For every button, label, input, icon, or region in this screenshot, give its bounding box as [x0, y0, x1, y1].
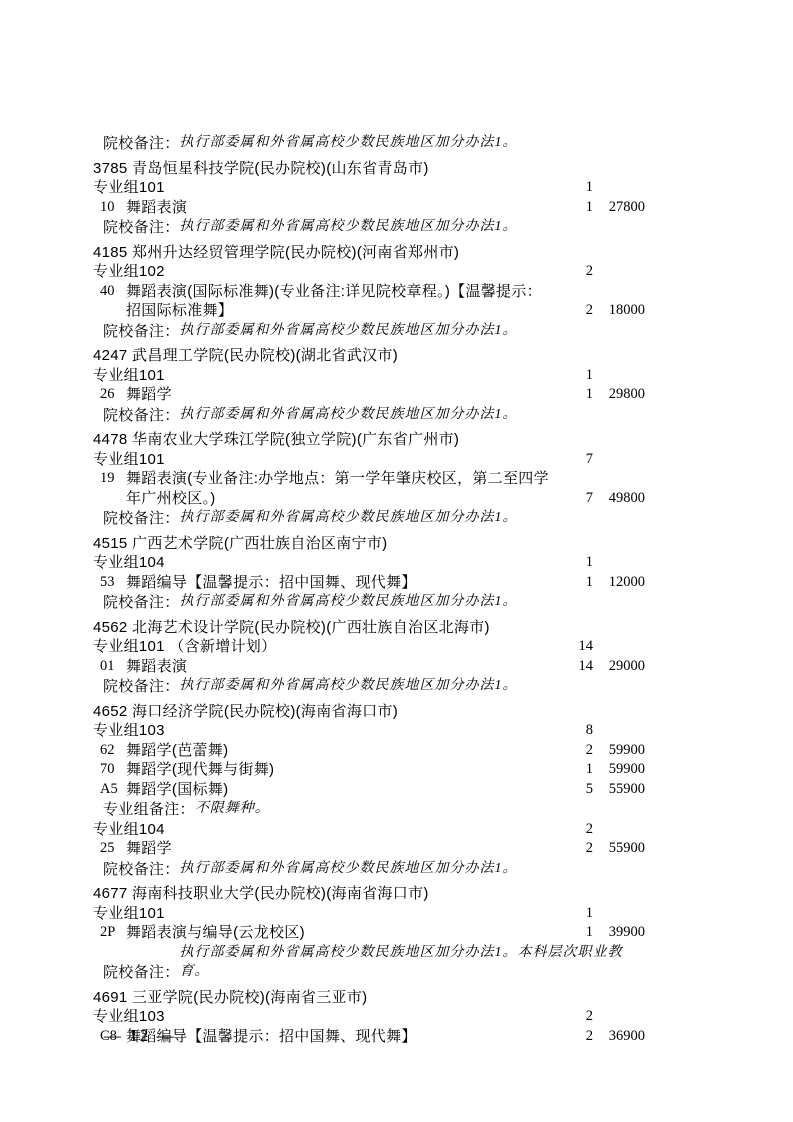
major-group-name: 专业组102: [93, 262, 553, 282]
note-row: 院校备注： 执行部委属和外省属高校少数民族地区加分办法1。: [93, 133, 645, 154]
college-header-text: 4652 海口经济学院(民办院校)(海南省海口市): [93, 702, 645, 722]
major-name: 舞蹈学: [126, 839, 553, 859]
major-plan-count: 1: [553, 760, 593, 780]
college-header-text: 4515 广西艺术学院(广西壮族自治区南宁市): [93, 534, 645, 554]
note-text: 执行部委属和外省属高校少数民族地区加分办法1。: [180, 508, 645, 529]
note-label: 院校备注：: [103, 509, 180, 529]
group-plan-count: 1: [553, 366, 593, 386]
major-code: 01: [100, 657, 126, 677]
major-tuition-fee: 55900: [593, 780, 645, 800]
major-tuition-fee: 49800: [593, 489, 645, 509]
major-group-row: 专业组101 1: [93, 366, 645, 386]
major-group-name: 专业组104: [93, 820, 553, 840]
note-text: 执行部委属和外省属高校少数民族地区加分办法1。本科层次职业教育。: [180, 943, 645, 983]
major-name: 舞蹈表演与编导(云龙校区): [126, 923, 553, 943]
major-name: 舞蹈表演(专业备注:办学地点：第一学年肇庆校区，第二至四学年广州校区。): [126, 469, 553, 508]
note-row: 院校备注： 执行部委属和外省属高校少数民族地区加分办法1。: [93, 592, 645, 613]
major-tuition-fee: 18000: [593, 301, 645, 321]
note-row: 院校备注： 执行部委属和外省属高校少数民族地区加分办法1。: [93, 217, 645, 238]
major-tuition-fee: 36900: [593, 1027, 645, 1047]
major-group-name: 专业组104: [93, 553, 553, 573]
major-group-row: 专业组101 1: [93, 904, 645, 924]
major-plan-count: 1: [553, 573, 593, 593]
note-label: 专业组备注：: [103, 800, 195, 820]
college-header-text: 4691 三亚学院(民办院校)(海南省三亚市): [93, 988, 645, 1008]
note-row: 院校备注： 执行部委属和外省属高校少数民族地区加分办法1。: [93, 859, 645, 880]
major-code: 40: [100, 282, 126, 302]
group-plan-count: 7: [553, 450, 593, 470]
major-code: 10: [100, 198, 126, 218]
note-label: 院校备注：: [103, 134, 180, 154]
major-tuition-fee: 39900: [593, 923, 645, 943]
group-plan-count: 1: [553, 178, 593, 198]
note-text: 不限舞种。: [195, 799, 645, 820]
note-text: 执行部委属和外省属高校少数民族地区加分办法1。: [180, 133, 645, 154]
major-row: 70 舞蹈学(现代舞与街舞) 1 59900: [93, 760, 645, 780]
major-name: 舞蹈编导【温馨提示：招中国舞、现代舞】: [126, 1027, 553, 1047]
note-row: 院校备注： 执行部委属和外省属高校少数民族地区加分办法1。: [93, 676, 645, 697]
major-group-row: 专业组101 7: [93, 450, 645, 470]
major-code: 19: [100, 469, 126, 489]
major-name: 舞蹈表演(国际标准舞)(专业备注:详见院校章程。)【温馨提示：招国际标准舞】: [126, 282, 553, 321]
college-header-text: 3785 青岛恒星科技学院(民办院校)(山东省青岛市): [93, 159, 645, 179]
major-plan-count: 2: [553, 301, 593, 321]
note-label: 院校备注：: [103, 218, 180, 238]
major-plan-count: 2: [553, 839, 593, 859]
group-plan-count: 2: [553, 262, 593, 282]
major-row: 62 舞蹈学(芭蕾舞) 2 59900: [93, 741, 645, 761]
major-row: 10 舞蹈表演 1 27800: [93, 198, 645, 218]
major-tuition-fee: 27800: [593, 198, 645, 218]
major-plan-count: 2: [553, 741, 593, 761]
major-code: 53: [100, 573, 126, 593]
major-name: 舞蹈表演: [126, 657, 553, 677]
major-plan-count: 1: [553, 198, 593, 218]
major-tuition-fee: 59900: [593, 741, 645, 761]
note-label: 院校备注：: [103, 406, 180, 426]
college-header-row: 3785 青岛恒星科技学院(民办院校)(山东省青岛市): [93, 159, 645, 179]
note-label: 院校备注：: [103, 860, 180, 880]
major-code: 26: [100, 385, 126, 405]
document-body: 院校备注： 执行部委属和外省属高校少数民族地区加分办法1。 3785 青岛恒星科…: [93, 133, 645, 1046]
major-row: 26 舞蹈学 1 29800: [93, 385, 645, 405]
note-text: 执行部委属和外省属高校少数民族地区加分办法1。: [180, 321, 645, 342]
note-row: 专业组备注： 不限舞种。: [93, 799, 645, 820]
major-name: 舞蹈学(芭蕾舞): [126, 741, 553, 761]
major-group-name: 专业组101: [93, 366, 553, 386]
group-plan-count: 1: [553, 553, 593, 573]
major-row: A5 舞蹈学(国标舞) 5 55900: [93, 780, 645, 800]
major-group-row: 专业组104 1: [93, 553, 645, 573]
major-tuition-fee: 12000: [593, 573, 645, 593]
note-text: 执行部委属和外省属高校少数民族地区加分办法1。: [180, 217, 645, 238]
note-row: 院校备注： 执行部委属和外省属高校少数民族地区加分办法1。本科层次职业教育。: [93, 943, 645, 983]
college-header-text: 4562 北海艺术设计学院(民办院校)(广西壮族自治区北海市): [93, 618, 645, 638]
major-group-row: 专业组101 1: [93, 178, 645, 198]
major-plan-count: 1: [553, 923, 593, 943]
note-text: 执行部委属和外省属高校少数民族地区加分办法1。: [180, 859, 645, 880]
major-tuition-fee: 29800: [593, 385, 645, 405]
major-name: 舞蹈编导【温馨提示：招中国舞、现代舞】: [126, 573, 553, 593]
major-row: 53 舞蹈编导【温馨提示：招中国舞、现代舞】 1 12000: [93, 573, 645, 593]
note-text: 执行部委属和外省属高校少数民族地区加分办法1。: [180, 592, 645, 613]
major-group-name: 专业组103: [93, 721, 553, 741]
major-code: 70: [100, 760, 126, 780]
major-group-row: 专业组103 8: [93, 721, 645, 741]
college-header-row: 4691 三亚学院(民办院校)(海南省三亚市): [93, 988, 645, 1008]
note-text: 执行部委属和外省属高校少数民族地区加分办法1。: [180, 405, 645, 426]
major-group-row: 专业组104 2: [93, 820, 645, 840]
major-group-name: 专业组101: [93, 904, 553, 924]
major-row: 40 舞蹈表演(国际标准舞)(专业备注:详见院校章程。)【温馨提示：招国际标准舞…: [93, 282, 645, 321]
major-plan-count: 7: [553, 489, 593, 509]
major-group-name: 专业组101 （含新增计划）: [93, 637, 553, 657]
college-header-row: 4652 海口经济学院(民办院校)(海南省海口市): [93, 702, 645, 722]
page-number: — 12 —: [104, 1026, 176, 1046]
group-plan-count: 8: [553, 721, 593, 741]
major-tuition-fee: 29000: [593, 657, 645, 677]
major-group-row: 专业组103 2: [93, 1007, 645, 1027]
major-row: 01 舞蹈表演 14 29000: [93, 657, 645, 677]
college-header-text: 4478 华南农业大学珠江学院(独立学院)(广东省广州市): [93, 430, 645, 450]
major-row: 25 舞蹈学 2 55900: [93, 839, 645, 859]
note-label: 院校备注：: [103, 593, 180, 613]
major-code: 25: [100, 839, 126, 859]
college-header-text: 4185 郑州升达经贸管理学院(民办院校)(河南省郑州市): [93, 243, 645, 263]
major-plan-count: 14: [553, 657, 593, 677]
note-label: 院校备注：: [103, 677, 180, 697]
group-plan-count: 14: [553, 637, 593, 657]
college-header-text: 4247 武昌理工学院(民办院校)(湖北省武汉市): [93, 346, 645, 366]
college-header-row: 4185 郑州升达经贸管理学院(民办院校)(河南省郑州市): [93, 243, 645, 263]
note-row: 院校备注： 执行部委属和外省属高校少数民族地区加分办法1。: [93, 508, 645, 529]
college-header-row: 4247 武昌理工学院(民办院校)(湖北省武汉市): [93, 346, 645, 366]
note-label: 院校备注：: [103, 322, 180, 342]
note-label: 院校备注：: [103, 963, 180, 983]
college-header-row: 4562 北海艺术设计学院(民办院校)(广西壮族自治区北海市): [93, 618, 645, 638]
major-name: 舞蹈表演: [126, 198, 553, 218]
major-plan-count: 1: [553, 385, 593, 405]
major-code: A5: [100, 780, 126, 800]
major-plan-count: 2: [553, 1027, 593, 1047]
major-group-row: 专业组101 （含新增计划） 14: [93, 637, 645, 657]
college-header-row: 4478 华南农业大学珠江学院(独立学院)(广东省广州市): [93, 430, 645, 450]
major-tuition-fee: 55900: [593, 839, 645, 859]
major-group-name: 专业组101: [93, 450, 553, 470]
major-code: 2P: [100, 923, 126, 943]
major-code: 62: [100, 741, 126, 761]
major-row: 2P 舞蹈表演与编导(云龙校区) 1 39900: [93, 923, 645, 943]
major-name: 舞蹈学(现代舞与街舞): [126, 760, 553, 780]
major-group-name: 专业组103: [93, 1007, 553, 1027]
major-group-name: 专业组101: [93, 178, 553, 198]
note-text: 执行部委属和外省属高校少数民族地区加分办法1。: [180, 676, 645, 697]
major-group-row: 专业组102 2: [93, 262, 645, 282]
major-tuition-fee: 59900: [593, 760, 645, 780]
major-row: 19 舞蹈表演(专业备注:办学地点：第一学年肇庆校区，第二至四学年广州校区。) …: [93, 469, 645, 508]
major-name: 舞蹈学(国标舞): [126, 780, 553, 800]
note-row: 院校备注： 执行部委属和外省属高校少数民族地区加分办法1。: [93, 321, 645, 342]
major-name: 舞蹈学: [126, 385, 553, 405]
major-plan-count: 5: [553, 780, 593, 800]
college-header-row: 4677 海南科技职业大学(民办院校)(海南省海口市): [93, 884, 645, 904]
college-header-text: 4677 海南科技职业大学(民办院校)(海南省海口市): [93, 884, 645, 904]
college-header-row: 4515 广西艺术学院(广西壮族自治区南宁市): [93, 534, 645, 554]
note-row: 院校备注： 执行部委属和外省属高校少数民族地区加分办法1。: [93, 405, 645, 426]
group-plan-count: 2: [553, 820, 593, 840]
group-plan-count: 2: [553, 1007, 593, 1027]
group-plan-count: 1: [553, 904, 593, 924]
